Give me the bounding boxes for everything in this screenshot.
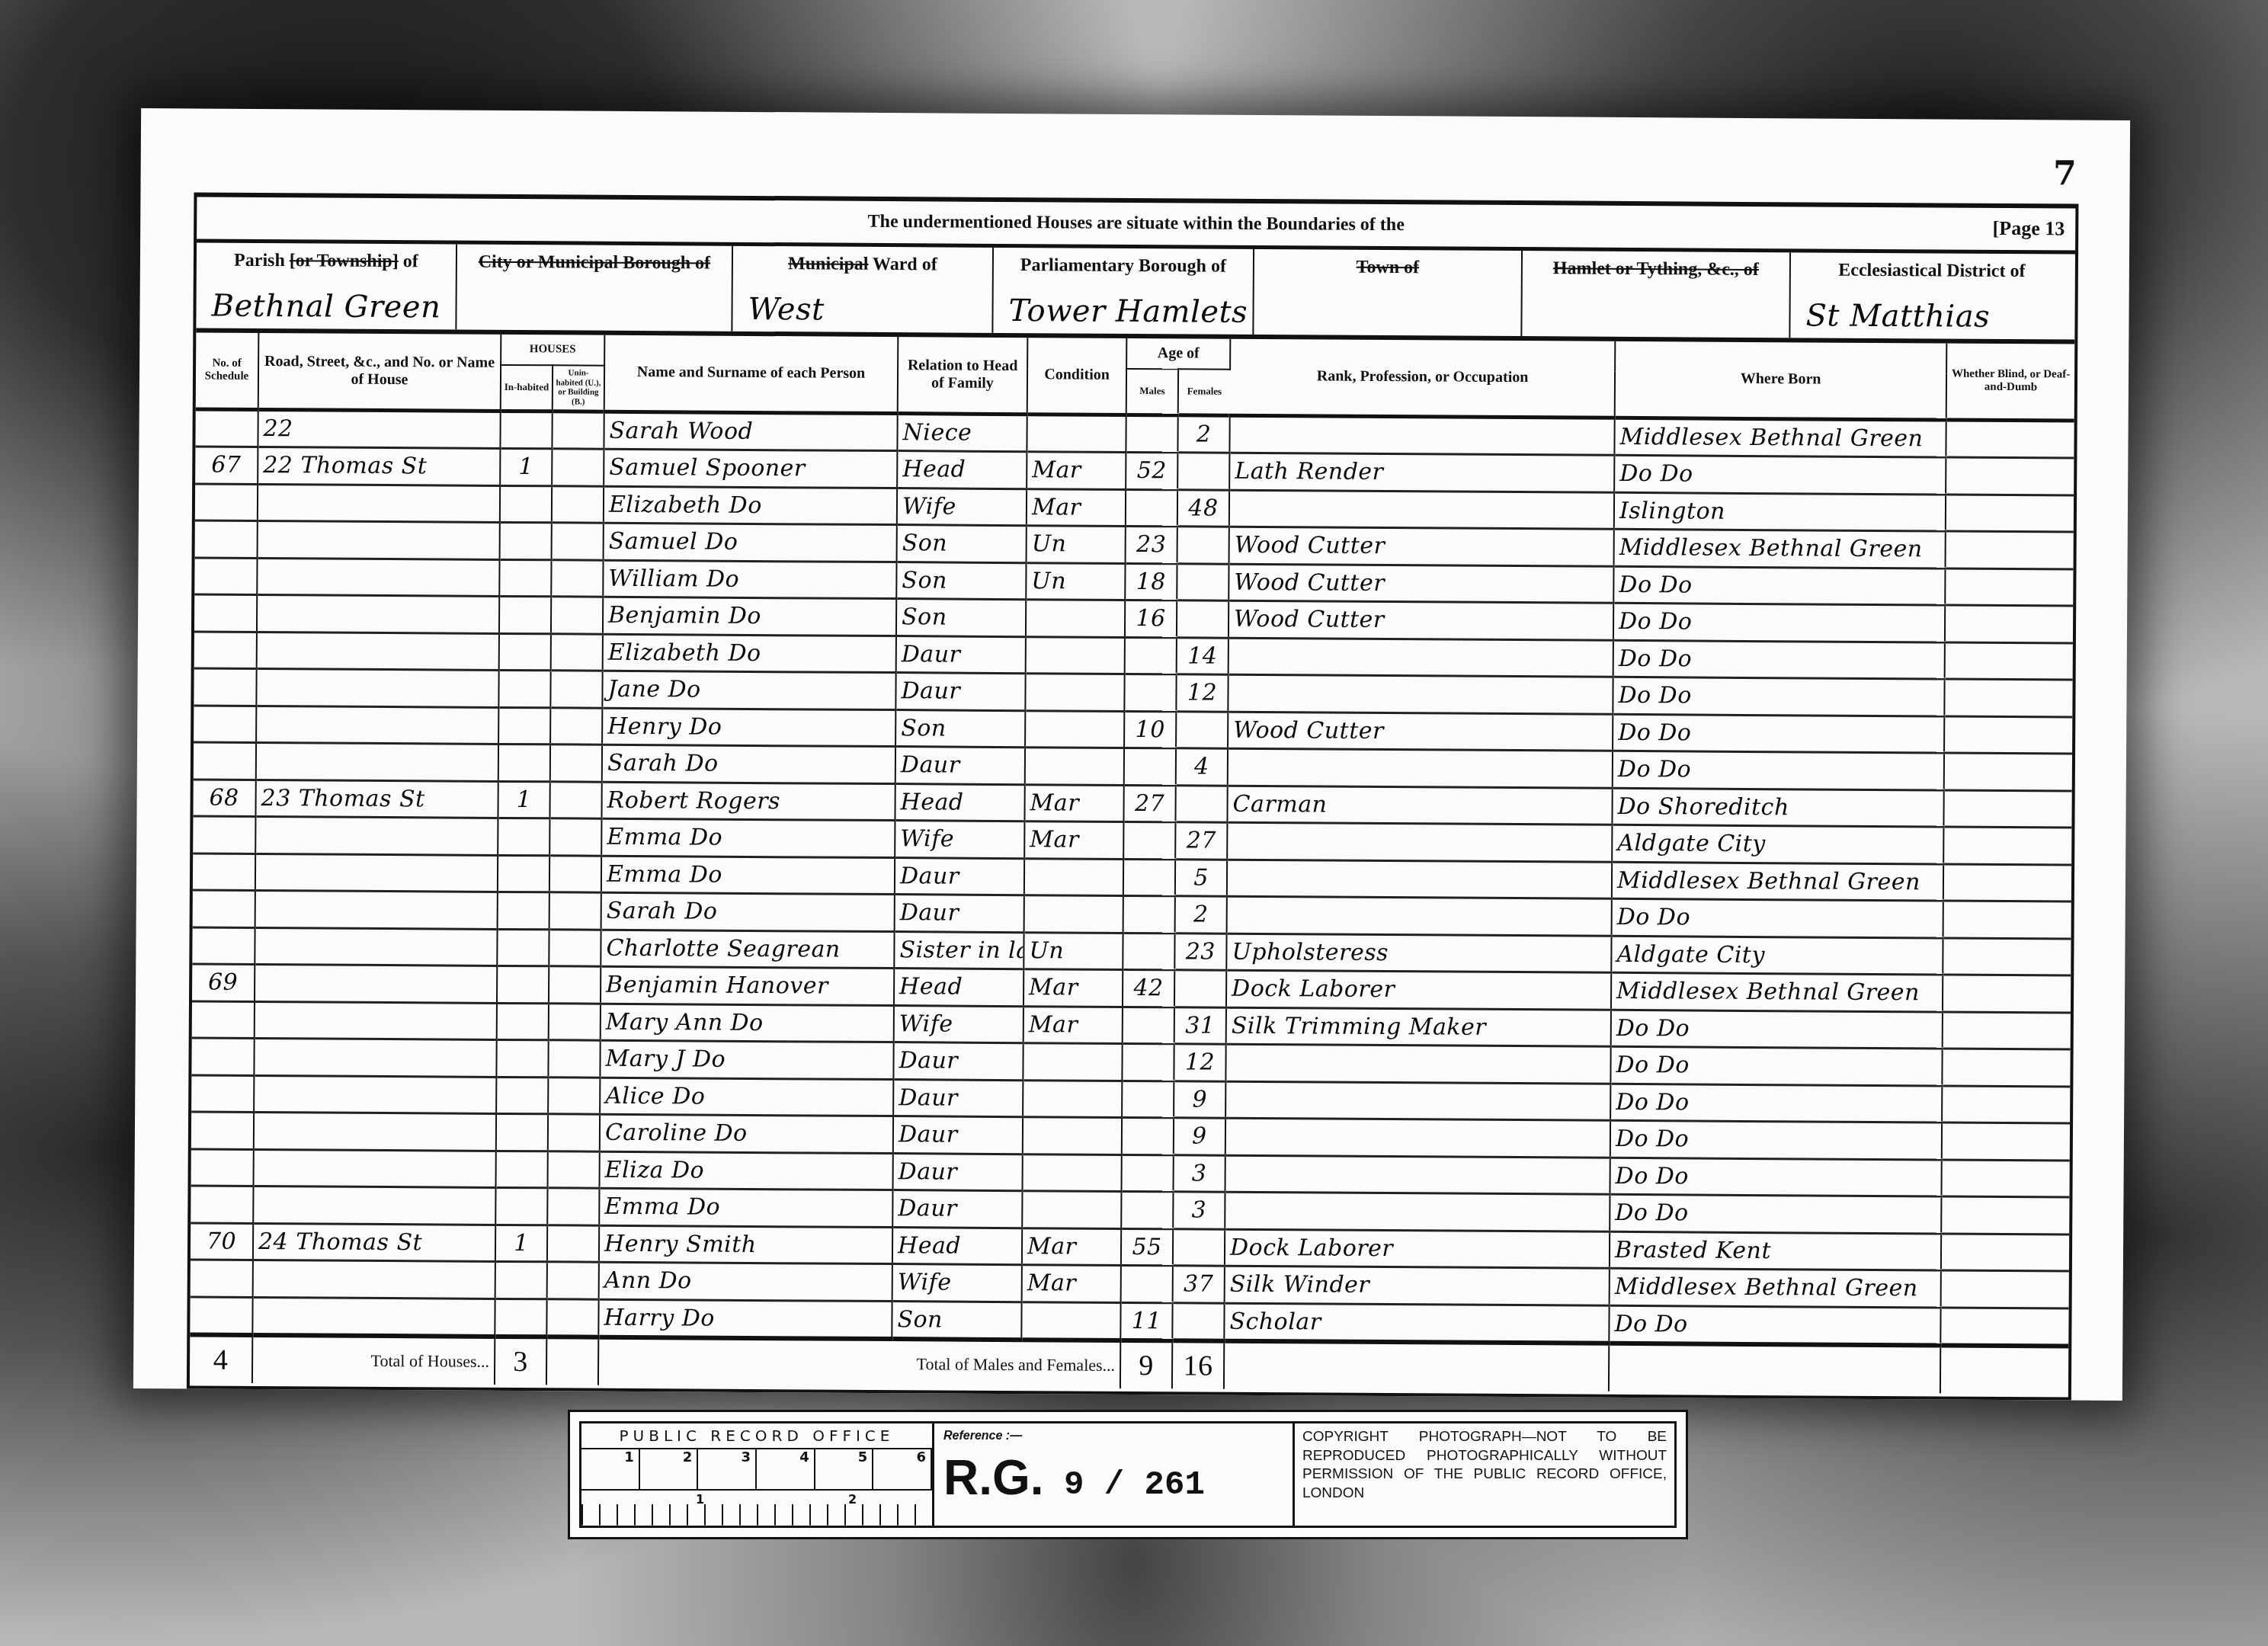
blind-deaf: [1945, 568, 2073, 607]
person-name: Charlotte Seagrean: [601, 930, 894, 969]
person-name: Henry Do: [602, 708, 895, 747]
male-age: [1123, 1007, 1174, 1044]
scale-num: 6: [873, 1449, 932, 1489]
inhabited: [499, 559, 551, 597]
road-address: 24 Thomas St: [253, 1223, 495, 1261]
blind-deaf: [1943, 901, 2071, 939]
relation: Daur: [893, 1153, 1023, 1191]
uninhabited: [550, 745, 602, 782]
schedule-no: [194, 705, 256, 742]
condition: Un: [1023, 932, 1123, 969]
male-age: 52: [1126, 452, 1177, 489]
person-name: Mary J Do: [600, 1040, 893, 1079]
boundary-value: Bethnal Green: [211, 289, 440, 325]
occupation: [1229, 415, 1614, 456]
condition: Mar: [1024, 784, 1123, 821]
blind-deaf: [1943, 1012, 2071, 1050]
condition: Mar: [1027, 488, 1126, 526]
person-name: Henry Smith: [599, 1225, 892, 1264]
person-name: Elizabeth Do: [604, 486, 897, 525]
where-born: Do Do: [1610, 1194, 1941, 1233]
where-born: Do Do: [1613, 751, 1944, 789]
person-name: Mary Ann Do: [601, 1004, 894, 1042]
road-address: [257, 632, 499, 670]
schedule-no: [195, 483, 258, 520]
male-age: [1126, 489, 1177, 527]
where-born: Middlesex Bethnal Green: [1612, 862, 1943, 901]
where-born: Aldgate City: [1611, 936, 1943, 975]
boundary-cell: Ecclesiastical District ofSt Matthias: [1790, 252, 2073, 339]
person-name: Emma Do: [599, 1188, 892, 1227]
pro-scale-numbers: 1 2 3 4 5 6: [581, 1449, 932, 1491]
schedule-no: [192, 1001, 255, 1038]
uninhabited: [548, 1077, 600, 1114]
inhabited: [500, 411, 552, 449]
where-born: Brasted Kent: [1610, 1231, 1941, 1270]
relation: Son: [896, 599, 1026, 637]
female-age: 48: [1177, 489, 1229, 527]
where-born: Aldgate City: [1612, 825, 1943, 863]
male-age: 11: [1120, 1302, 1172, 1340]
male-age: [1123, 859, 1175, 896]
blind-deaf: [1944, 679, 2072, 717]
where-born: Do Do: [1610, 1158, 1942, 1196]
condition: Mar: [1022, 1265, 1121, 1302]
inch-ruler: 1 2: [581, 1491, 932, 1526]
schedule-no: [193, 853, 255, 890]
boundary-label: Municipal Ward of: [733, 246, 992, 276]
relation: Daur: [895, 857, 1024, 895]
road-address: [254, 1038, 496, 1076]
blind-deaf: [1944, 716, 2072, 754]
ruler-num: 1: [696, 1492, 704, 1507]
occupation: [1225, 1081, 1610, 1121]
female-age: 23: [1174, 933, 1226, 970]
uninhabited: [548, 1114, 600, 1151]
occupation: Wood Cutter: [1228, 712, 1613, 751]
female-age: [1172, 1302, 1224, 1340]
inhabited: [495, 1299, 546, 1337]
schedule-no: [192, 927, 255, 964]
where-born: Do Do: [1613, 603, 1945, 642]
boundary-label: City or Municipal Borough of: [457, 245, 732, 274]
road-address: [255, 853, 498, 892]
female-age: 14: [1177, 637, 1228, 674]
road-address: [254, 1075, 496, 1113]
female-age: 4: [1176, 748, 1228, 786]
uninhabited: [549, 1003, 601, 1040]
inhabited: [496, 1039, 548, 1077]
inhabited: [498, 670, 550, 707]
condition: [1023, 1154, 1122, 1191]
occupation: [1228, 674, 1613, 714]
relation: Daur: [895, 895, 1024, 933]
condition: [1023, 1043, 1122, 1081]
road-address: [253, 1186, 495, 1224]
schedule-no: [191, 1148, 254, 1186]
occupation: [1227, 860, 1612, 899]
female-age: [1177, 453, 1229, 490]
male-age: [1121, 1265, 1173, 1302]
condition: [1023, 1117, 1122, 1154]
where-born: Do Do: [1610, 1046, 1942, 1085]
col-age: Age of: [1126, 338, 1230, 370]
female-age: 3: [1173, 1192, 1225, 1229]
uninhabited: [546, 1299, 598, 1337]
relation: Daur: [892, 1190, 1022, 1228]
where-born: Do Do: [1611, 1010, 1943, 1049]
relation: Son: [896, 562, 1026, 600]
col-relation: Relation to Head of Family: [898, 337, 1028, 414]
inhabited: [500, 522, 552, 559]
person-name: Emma Do: [601, 856, 895, 895]
boundary-cell: Parish [or Township] ofBethnal Green: [196, 242, 457, 329]
blind-deaf: [1945, 642, 2073, 680]
male-age: [1122, 1081, 1174, 1118]
female-age: [1177, 527, 1229, 564]
schedule-no: [191, 1186, 253, 1223]
female-age: [1174, 970, 1226, 1007]
blind-deaf: [1942, 1122, 2070, 1161]
occupation: Wood Cutter: [1228, 564, 1613, 604]
relation: Wife: [894, 1005, 1023, 1043]
inhabited: [498, 855, 549, 892]
blind-deaf: [1942, 1086, 2070, 1124]
reference-label: Reference :—: [943, 1430, 1022, 1443]
schedule-no: [194, 557, 257, 594]
condition: [1024, 858, 1123, 895]
scale-num: 5: [815, 1449, 874, 1489]
road-address: [255, 1001, 497, 1039]
inhabited: [500, 485, 552, 523]
where-born: Middlesex Bethnal Green: [1614, 529, 1946, 568]
road-address: [257, 558, 499, 596]
occupation: [1225, 1192, 1610, 1231]
where-born: Do Do: [1613, 677, 1944, 716]
male-age: [1126, 415, 1177, 453]
relation: Wife: [897, 488, 1027, 526]
uninhabited: [547, 1225, 599, 1262]
schedule-no: [194, 742, 256, 780]
person-name: William Do: [603, 560, 896, 599]
total-schedules: 4: [190, 1334, 252, 1382]
person-name: Alice Do: [600, 1078, 893, 1116]
male-age: [1122, 1154, 1174, 1192]
schedule-no: 70: [191, 1222, 253, 1260]
relation: Daur: [895, 747, 1025, 785]
blind-deaf: [1943, 938, 2071, 976]
boundary-cell: City or Municipal Borough of: [456, 245, 733, 331]
female-age: [1177, 600, 1228, 638]
inhabited: [498, 707, 550, 745]
where-born: Do Do: [1610, 1084, 1942, 1122]
person-name: Samuel Spooner: [604, 449, 897, 488]
person-name: Emma Do: [601, 818, 895, 857]
person-name: Ann Do: [599, 1262, 892, 1301]
relation: Head: [894, 969, 1023, 1007]
inhabited: [495, 1187, 547, 1225]
male-age: 10: [1124, 711, 1176, 748]
person-name: Sarah Wood: [604, 411, 897, 451]
uninhabited: [548, 1151, 600, 1188]
female-age: 5: [1175, 859, 1227, 896]
col-occupation: Rank, Profession, or Occupation: [1230, 339, 1616, 418]
condition: Un: [1026, 562, 1125, 600]
boundary-cell: Municipal Ward ofWest: [732, 246, 994, 333]
male-age: [1121, 1191, 1173, 1228]
person-name: Samuel Do: [604, 523, 897, 562]
where-born: Do Do: [1613, 640, 1945, 679]
total-houses-value: 3: [495, 1337, 546, 1385]
boundary-label: Parliamentary Borough of: [994, 248, 1253, 277]
road-address: [255, 964, 497, 1002]
relation: Wife: [895, 821, 1024, 859]
boundary-value: St Matthias: [1805, 298, 1990, 334]
folio-number: 7: [2053, 154, 2077, 193]
boundary-cell: Hamlet or Tything, &c., of: [1522, 251, 1791, 338]
inhabited: [498, 818, 549, 855]
schedule-no: [194, 668, 256, 706]
uninhabited: [552, 523, 604, 560]
blind-deaf: [1944, 753, 2072, 791]
female-age: 9: [1174, 1081, 1225, 1118]
road-address: [256, 742, 498, 780]
reference-series: R.G.: [943, 1449, 1044, 1506]
condition: [1022, 1191, 1121, 1228]
occupation: Carman: [1227, 786, 1612, 825]
relation: Head: [895, 783, 1024, 821]
boundary-label: Ecclesiastical District of: [1791, 252, 2073, 282]
relation: Son: [892, 1301, 1021, 1340]
female-age: 31: [1174, 1007, 1226, 1044]
inhabited: 1: [498, 781, 549, 818]
female-age: 3: [1174, 1154, 1225, 1192]
male-age: [1122, 1117, 1174, 1154]
schedule-no: [191, 1112, 254, 1149]
blind-deaf: [1941, 1196, 2069, 1234]
reference-number: 9 / 261: [1064, 1466, 1205, 1504]
occupation: Scholar: [1224, 1303, 1609, 1343]
male-age: 42: [1123, 969, 1174, 1007]
inhabited: [496, 1151, 548, 1188]
uninhabited: [549, 892, 601, 930]
male-age: [1125, 637, 1177, 674]
occupation: Wood Cutter: [1228, 600, 1613, 640]
person-name: Sarah Do: [601, 892, 895, 931]
condition: [1025, 674, 1124, 711]
occupation: Dock Laborer: [1226, 970, 1611, 1010]
schedule-no: 69: [192, 964, 255, 1001]
blind-deaf: [1941, 1234, 2069, 1272]
relation: Daur: [893, 1116, 1023, 1154]
copyright-notice: COPYRIGHT PHOTOGRAPH—NOT TO BE REPRODUCE…: [1293, 1421, 1677, 1528]
col-road: Road, Street, &c., and No. or Name of Ho…: [258, 333, 501, 411]
relation: Daur: [893, 1079, 1023, 1117]
blind-deaf: [1940, 1307, 2068, 1346]
uninhabited: [551, 597, 603, 634]
person-name: Jane Do: [602, 671, 895, 709]
female-age: 12: [1174, 1044, 1225, 1081]
uninhabited: [549, 855, 601, 892]
boundary-value: Tower Hamlets: [1008, 293, 1248, 330]
blind-deaf: [1941, 1270, 2069, 1308]
schedule-no: [195, 408, 258, 447]
blind-deaf: [1946, 495, 2074, 533]
person-name: Benjamin Do: [603, 597, 896, 636]
relation: Wife: [892, 1264, 1022, 1302]
blind-deaf: [1943, 827, 2071, 865]
schedule-no: [191, 1074, 254, 1112]
total-persons-label: Total of Males and Females...: [598, 1337, 1120, 1388]
boundary-cell: Town of: [1254, 249, 1523, 336]
blind-deaf: [1946, 531, 2074, 569]
occupation: [1228, 748, 1613, 788]
female-age: [1177, 563, 1228, 600]
male-age: [1122, 1043, 1174, 1081]
road-address: [254, 1149, 496, 1187]
inhabited: 1: [495, 1225, 547, 1262]
occupation: Wood Cutter: [1229, 527, 1614, 566]
uninhabited: [549, 966, 601, 1004]
uninhabited: [552, 485, 604, 523]
where-born: Do Do: [1612, 898, 1943, 937]
blind-deaf: [1943, 864, 2071, 902]
blind-deaf: [1942, 1160, 2070, 1198]
uninhabited: [549, 929, 601, 966]
road-address: [255, 927, 497, 966]
blind-deaf: [1946, 420, 2074, 459]
uninhabited: [551, 633, 603, 671]
col-blind: Whether Blind, or Deaf-and-Dumb: [1946, 344, 2075, 421]
scale-num: 4: [757, 1449, 815, 1489]
blind-deaf: [1946, 457, 2074, 495]
total-males: 9: [1120, 1340, 1172, 1388]
condition: [1026, 600, 1125, 637]
inhabited: [495, 1261, 547, 1299]
census-table: No. of Schedule Road, Street, &c., and N…: [190, 332, 2074, 1394]
male-age: 18: [1125, 563, 1177, 600]
reference-box: Reference :— R.G. 9 / 261: [934, 1421, 1293, 1528]
census-sheet: 7 The undermentioned Houses are situate …: [133, 108, 2130, 1401]
road-address: [252, 1297, 495, 1337]
person-name: Benjamin Hanover: [601, 966, 894, 1005]
inhabited: [499, 633, 551, 671]
male-age: 27: [1123, 785, 1175, 822]
ruler-num: 2: [848, 1492, 857, 1507]
male-age: [1123, 933, 1174, 970]
road-address: [257, 594, 499, 632]
inhabited: [497, 966, 549, 1003]
road-address: [254, 1112, 496, 1150]
person-name: Robert Rogers: [601, 782, 895, 821]
where-born: Middlesex Bethnal Green: [1614, 418, 1946, 457]
relation: Head: [897, 451, 1027, 489]
road-address: [258, 484, 500, 522]
uninhabited: [550, 671, 602, 708]
uninhabited: [549, 781, 601, 818]
condition: [1021, 1302, 1120, 1340]
scale-num: 3: [698, 1449, 757, 1489]
road-address: [255, 890, 498, 928]
schedule-no: 68: [193, 779, 255, 816]
condition: [1026, 636, 1125, 674]
female-age: 27: [1175, 822, 1227, 860]
inhabited: [497, 929, 549, 966]
road-address: [253, 1260, 495, 1298]
where-born: Middlesex Bethnal Green: [1610, 1268, 1941, 1307]
inhabited: [496, 1077, 548, 1114]
condition: Mar: [1023, 969, 1123, 1007]
condition: Mar: [1027, 452, 1126, 489]
male-age: [1123, 821, 1175, 859]
where-born: Do Do: [1614, 455, 1946, 494]
where-born: Do Do: [1613, 566, 1945, 605]
blind-deaf: [1942, 1049, 2070, 1087]
road-address: 22: [258, 409, 500, 448]
female-age: 9: [1174, 1118, 1225, 1155]
relation: Daur: [895, 673, 1025, 711]
boundary-label: Hamlet or Tything, &c., of: [1523, 251, 1789, 280]
total-females: 16: [1172, 1340, 1224, 1388]
where-born: Do Shoreditch: [1612, 788, 1943, 827]
inhabited: [497, 1003, 549, 1040]
person-name: Sarah Do: [602, 745, 895, 783]
uninhabited: [552, 449, 604, 486]
banner-text: The undermentioned Houses are situate wi…: [868, 212, 1405, 235]
blind-deaf: [1943, 975, 2071, 1013]
occupation: [1228, 638, 1613, 677]
occupation: Dock Laborer: [1225, 1229, 1610, 1269]
relation: Niece: [897, 413, 1027, 452]
person-name: Eliza Do: [600, 1151, 893, 1190]
male-age: [1124, 674, 1176, 711]
occupation: Silk Trimming Maker: [1226, 1007, 1611, 1047]
occupation: [1227, 896, 1612, 936]
condition: Un: [1027, 526, 1126, 563]
schedule-no: [193, 816, 255, 853]
male-age: 55: [1121, 1228, 1173, 1266]
relation: Sister in law: [894, 931, 1023, 969]
page-label: [Page 13: [1993, 217, 2065, 241]
female-age: [1176, 711, 1228, 748]
road-address: [256, 706, 498, 744]
condition: [1024, 895, 1123, 933]
condition: [1025, 710, 1124, 748]
col-females: Females: [1178, 369, 1230, 415]
road-address: 23 Thomas St: [255, 780, 498, 818]
inhabited: 1: [500, 448, 552, 485]
uninhabited: [547, 1262, 599, 1299]
male-age: 23: [1126, 526, 1177, 563]
scale-num: 2: [640, 1449, 699, 1489]
condition: [1027, 414, 1126, 452]
road-address: [258, 520, 500, 559]
boundary-label: Parish [or Township] of: [197, 242, 456, 272]
blind-deaf: [1945, 605, 2073, 643]
female-age: 37: [1173, 1266, 1225, 1303]
col-schedule: No. of Schedule: [196, 332, 259, 408]
schedule-no: [191, 1038, 254, 1075]
scale-num: 1: [581, 1449, 640, 1489]
col-inhabited: In-habited: [501, 365, 553, 411]
road-address: [256, 668, 498, 706]
road-address: [255, 816, 498, 854]
uninhabited: [552, 411, 604, 449]
occupation: [1227, 822, 1612, 862]
col-name: Name and Surname of each Person: [604, 335, 899, 413]
uninhabited: [550, 707, 602, 745]
schedule-no: [191, 1260, 253, 1297]
